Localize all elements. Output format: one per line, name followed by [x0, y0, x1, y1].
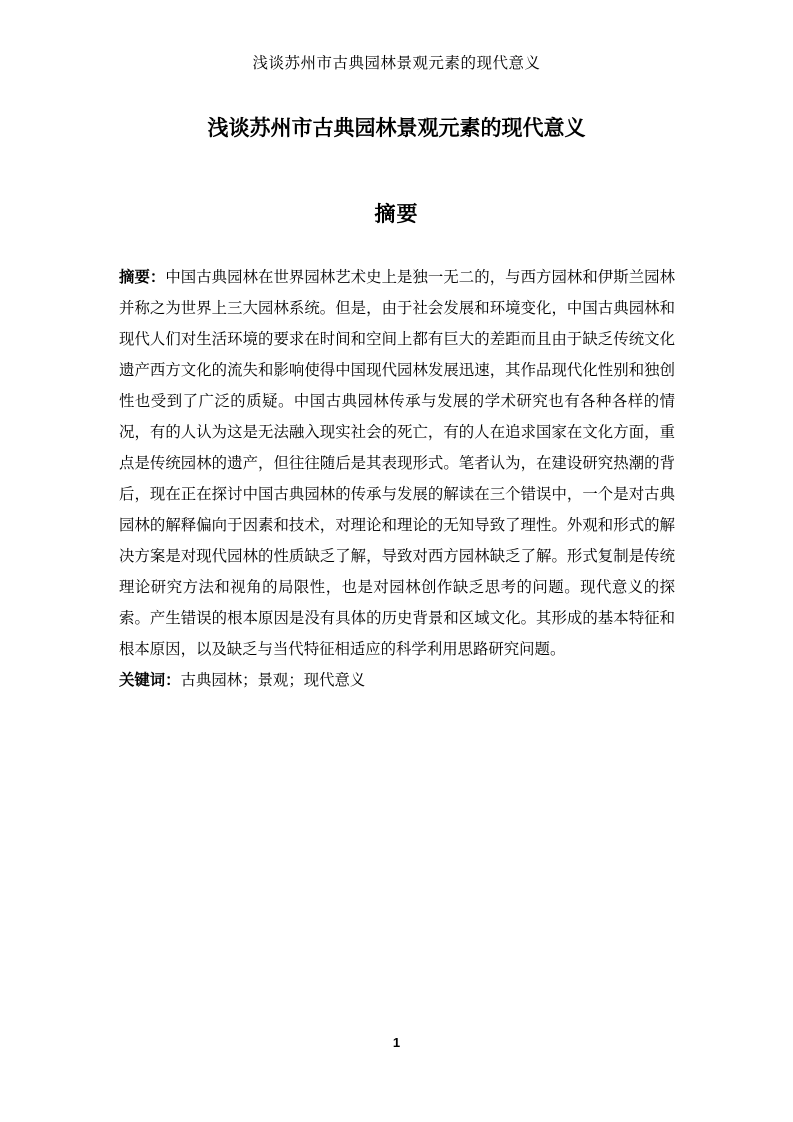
abstract-paragraph: 摘要：中国古典园林在世界园林艺术史上是独一无二的，与西方园林和伊斯兰园林并称之为… [119, 262, 675, 665]
keywords-line: 关键词：古典园林；景观；现代意义 [119, 665, 675, 696]
keywords-text: 古典园林；景观；现代意义 [181, 672, 366, 689]
abstract-section-heading: 摘要 [0, 201, 793, 229]
running-header: 浅谈苏州市古典园林景观元素的现代意义 [0, 54, 793, 74]
abstract-label: 摘要： [119, 269, 165, 286]
abstract-text: 中国古典园林在世界园林艺术史上是独一无二的，与西方园林和伊斯兰园林并称之为世界上… [119, 269, 675, 658]
keywords-label: 关键词： [119, 672, 181, 689]
document-page: 浅谈苏州市古典园林景观元素的现代意义 浅谈苏州市古典园林景观元素的现代意义 摘要… [0, 0, 793, 1122]
document-title: 浅谈苏州市古典园林景观元素的现代意义 [0, 115, 793, 143]
page-number: 1 [0, 1034, 793, 1052]
abstract-block: 摘要：中国古典园林在世界园林艺术史上是独一无二的，与西方园林和伊斯兰园林并称之为… [119, 262, 675, 696]
